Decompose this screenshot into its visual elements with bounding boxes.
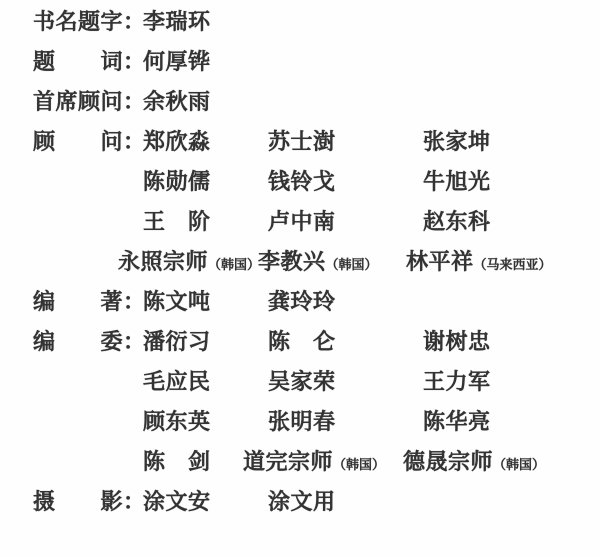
- credit-role: 题 词：: [33, 42, 143, 85]
- credit-role: 编 著：: [33, 282, 143, 325]
- person-name: 张明春: [268, 402, 423, 445]
- person-name: 林平祥（马来西亚）: [406, 242, 600, 285]
- credit-role: 摄 影：: [33, 482, 143, 525]
- person-name: 苏士澍: [268, 122, 423, 165]
- person-name: 龚玲玲: [268, 282, 423, 325]
- credits-page: 书名题字： 李瑞环 题 词： 何厚铧 首席顾问： 余秋雨 顾 问： 郑欣淼 苏士…: [0, 0, 600, 557]
- person-name: 陈文吨: [143, 282, 268, 325]
- person-name: 潘衍习: [143, 322, 268, 365]
- person-name: 毛应民: [143, 362, 268, 405]
- person-name: 卢中南: [268, 202, 423, 245]
- person-name: 牛旭光: [423, 162, 600, 205]
- credit-row: 摄 影： 涂文安 涂文用: [33, 482, 600, 522]
- credit-role-label: 书名题字: [33, 9, 123, 34]
- person-name: 李瑞环: [143, 2, 268, 45]
- credit-role: 顾 问：: [33, 122, 143, 165]
- person-name: 余秋雨: [143, 82, 268, 125]
- credit-role: 书名题字：: [33, 2, 143, 45]
- person-name: 永照宗师（韩国）: [118, 242, 258, 285]
- person-name: 李教兴（韩国）: [258, 242, 406, 285]
- credit-row: 首席顾问： 余秋雨: [33, 82, 600, 122]
- person-name: 德晟宗师（韩国）: [403, 442, 600, 485]
- person-name: 陈华亮: [423, 402, 600, 445]
- credits-list: 书名题字： 李瑞环 题 词： 何厚铧 首席顾问： 余秋雨 顾 问： 郑欣淼 苏士…: [0, 0, 600, 522]
- credit-role: 编 委：: [33, 322, 143, 365]
- credit-role: 首席顾问：: [33, 82, 143, 125]
- person-name: 张家坤: [423, 122, 600, 165]
- person-name: 郑欣淼: [143, 122, 268, 165]
- person-name: 王力军: [423, 362, 600, 405]
- person-name: 涂文用: [268, 482, 423, 525]
- credit-role-label: 首席顾问: [33, 89, 123, 114]
- credit-row: 永照宗师（韩国） 李教兴（韩国） 林平祥（马来西亚）: [33, 242, 600, 282]
- country-note: （韩国）: [333, 457, 385, 472]
- credit-role-label: 顾 问: [33, 129, 123, 154]
- credit-role-label: 摄 影: [33, 489, 123, 514]
- person-name: 顾东英: [143, 402, 268, 445]
- credit-row: 顾东英 张明春 陈华亮: [33, 402, 600, 442]
- country-note: （韩国）: [326, 257, 378, 272]
- person-name: 谢树忠: [423, 322, 600, 365]
- person-name: 涂文安: [143, 482, 268, 525]
- credit-row: 毛应民 吴家荣 王力军: [33, 362, 600, 402]
- credit-row: 王 阶 卢中南 赵东科: [33, 202, 600, 242]
- credit-row: 陈勋儒 钱铃戈 牛旭光: [33, 162, 600, 202]
- credit-role-label: 编 著: [33, 289, 123, 314]
- person-name: 钱铃戈: [268, 162, 423, 205]
- credit-row: 顾 问： 郑欣淼 苏士澍 张家坤: [33, 122, 600, 162]
- person-name: 陈勋儒: [143, 162, 268, 205]
- person-name: 道完宗师（韩国）: [243, 442, 403, 485]
- credit-row: 编 委： 潘衍习 陈 仑 谢树忠: [33, 322, 600, 362]
- person-name: 陈 剑: [143, 442, 243, 485]
- person-name: 何厚铧: [143, 42, 268, 85]
- credit-row: 题 词： 何厚铧: [33, 42, 600, 82]
- person-name: 吴家荣: [268, 362, 423, 405]
- credit-row: 书名题字： 李瑞环: [33, 2, 600, 42]
- credit-row: 编 著： 陈文吨 龚玲玲: [33, 282, 600, 322]
- person-name: 赵东科: [423, 202, 600, 245]
- country-note: （马来西亚）: [474, 257, 552, 272]
- credit-role-label: 编 委: [33, 329, 123, 354]
- credit-role-label: 题 词: [33, 49, 123, 74]
- credit-row: 陈 剑 道完宗师（韩国） 德晟宗师（韩国）: [33, 442, 600, 482]
- country-note: （韩国）: [208, 257, 260, 272]
- person-name: 陈 仑: [268, 322, 423, 365]
- person-name: 王 阶: [143, 202, 268, 245]
- country-note: （韩国）: [493, 457, 545, 472]
